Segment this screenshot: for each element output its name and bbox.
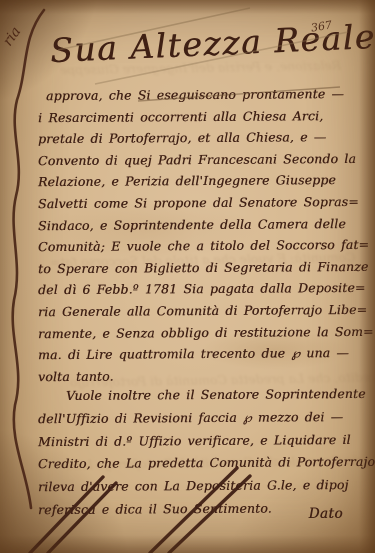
manuscript-line: dell'Uffizio di Revisioni faccia ℘ mezzo… [38, 406, 375, 431]
manuscript-line: ma. di Lire quattromila trecento due ℘ u… [38, 342, 374, 366]
closing-word: Dato [309, 506, 343, 522]
margin-corner-note: ria [0, 24, 24, 49]
manuscript-line: Comunità; E vuole che a titolo del Socco… [38, 234, 374, 258]
manuscript-line: Vuole inoltre che il Senatore Soprintend… [38, 383, 375, 408]
paragraph-1: approva, che Si eseguiscano prontamente … [38, 84, 374, 386]
manuscript-line: Sindaco, e Soprintendente della Camera d… [38, 212, 374, 236]
manuscript-line: Ministri di d.º Uffizio verificare, e Li… [38, 428, 375, 453]
manuscript-line: ria Generale alla Comunità di Portoferra… [38, 299, 374, 323]
manuscript-line: approva, che Si eseguiscano prontamente … [38, 83, 374, 107]
manuscript-line: pretale di Portoferrajo, et alla Chiesa,… [38, 126, 374, 150]
manuscript-line: del dì 6 Febb.º 1781 Sia pagata dalla De… [38, 277, 374, 301]
manuscript-line: rileva d'avere con La Depositeria G.le, … [38, 474, 375, 499]
manuscript-page: Relazione, e Perizia dell'Ingegnere Gius… [0, 0, 375, 553]
manuscript-line: i Resarcimenti occorrenti alla Chiesa Ar… [38, 104, 374, 128]
manuscript-line: ramente, e Senza obbligo di restituzione… [38, 320, 374, 344]
paragraph-2: Vuole inoltre che il Senatore Soprintend… [38, 384, 375, 521]
manuscript-line: Relazione, e Perizia dell'Ingegnere Gius… [38, 169, 374, 193]
manuscript-line: Credito, che La predetta Comunità di Por… [38, 451, 375, 476]
manuscript-line: Convento di quej Padri Francescani Secon… [38, 148, 374, 172]
manuscript-line: Salvetti come Si propone dal Senatore So… [38, 191, 374, 215]
document-title: Sua Altezza Reale [49, 17, 375, 70]
manuscript-line: to Sperare con Biglietto di Segretaria d… [38, 256, 374, 280]
